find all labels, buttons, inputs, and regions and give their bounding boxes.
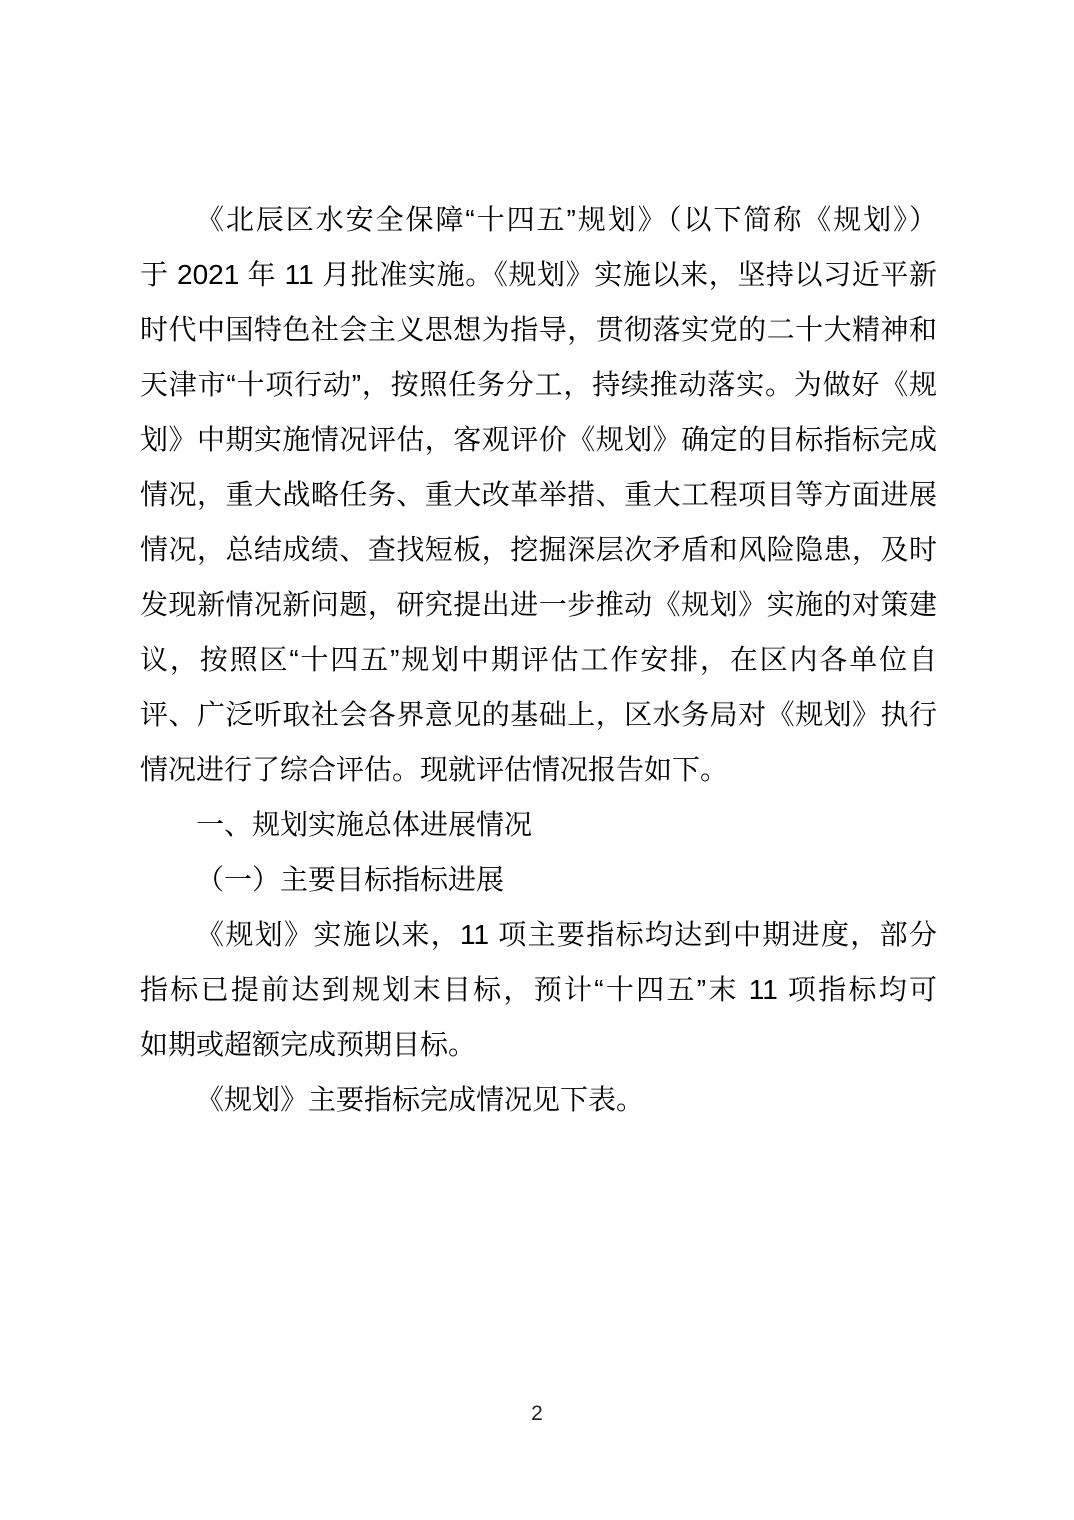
text-line: 《规划》主要指标完成情况见下表。 (140, 1072, 937, 1127)
page-number: 2 (531, 1402, 543, 1425)
document-body: 《北辰区水安全保障“十四五”规划》（以下简称《规划》）于 2021 年 11 月… (140, 192, 937, 1127)
text-line: （一）主要目标指标进展 (140, 852, 937, 907)
text-line: 划》中期实施情况评估，客观评价《规划》确定的目标指标完成 (140, 412, 937, 467)
text-line: 指标已提前达到规划末目标，预计“十四五”末 11 项指标均可 (140, 962, 937, 1017)
text-line: 《北辰区水安全保障“十四五”规划》（以下简称《规划》） (140, 192, 937, 247)
text-line: 情况进行了综合评估。现就评估情况报告如下。 (140, 742, 937, 797)
text-line: 时代中国特色社会主义思想为指导，贯彻落实党的二十大精神和 (140, 302, 937, 357)
document-page: 《北辰区水安全保障“十四五”规划》（以下简称《规划》）于 2021 年 11 月… (0, 0, 1074, 1520)
text-line: 天津市“十项行动”，按照任务分工，持续推动落实。为做好《规 (140, 357, 937, 412)
text-line: 议，按照区“十四五”规划中期评估工作安排，在区内各单位自 (140, 632, 937, 687)
text-line: 《规划》实施以来，11 项主要指标均达到中期进度，部分 (140, 907, 937, 962)
text-line: 如期或超额完成预期目标。 (140, 1017, 937, 1072)
page-footer: 2 (0, 1400, 1074, 1428)
text-line: 一、规划实施总体进展情况 (140, 797, 937, 852)
text-line: 情况，重大战略任务、重大改革举措、重大工程项目等方面进展 (140, 467, 937, 522)
text-line: 于 2021 年 11 月批准实施。《规划》实施以来，坚持以习近平新 (140, 247, 937, 302)
text-line: 评、广泛听取社会各界意见的基础上，区水务局对《规划》执行 (140, 687, 937, 742)
text-line: 发现新情况新问题，研究提出进一步推动《规划》实施的对策建 (140, 577, 937, 632)
text-line: 情况，总结成绩、查找短板，挖掘深层次矛盾和风险隐患，及时 (140, 522, 937, 577)
